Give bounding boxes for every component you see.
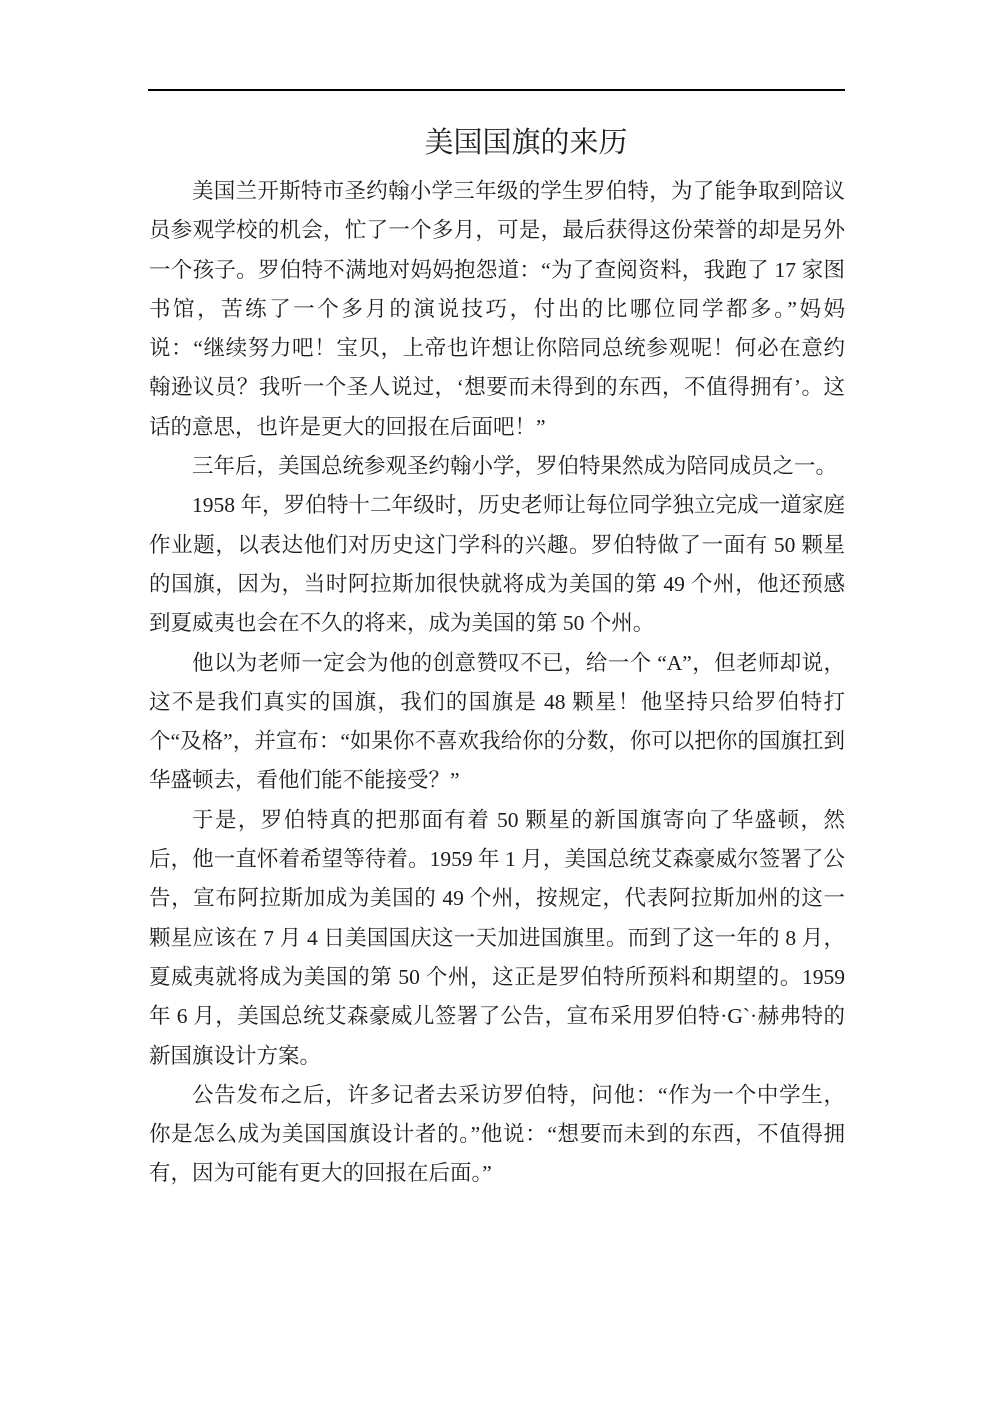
document-page: 美国国旗的来历 美国兰开斯特市圣约翰小学三年级的学生罗伯特，为了能争取到陪议员参…	[0, 0, 993, 1404]
document-body: 美国兰开斯特市圣约翰小学三年级的学生罗伯特，为了能争取到陪议员参观学校的机会，忙…	[149, 166, 845, 1194]
document-content: 美国国旗的来历 美国兰开斯特市圣约翰小学三年级的学生罗伯特，为了能争取到陪议员参…	[149, 90, 845, 1194]
paragraph-1: 美国兰开斯特市圣约翰小学三年级的学生罗伯特，为了能争取到陪议员参观学校的机会，忙…	[149, 172, 845, 447]
paragraph-4: 他以为老师一定会为他的创意赞叹不已，给一个 “A”，但老师却说，这不是我们真实的…	[149, 644, 845, 801]
paragraph-5: 于是，罗伯特真的把那面有着 50 颗星的新国旗寄向了华盛顿，然后，他一直怀着希望…	[149, 801, 845, 1076]
page-title: 美国国旗的来历	[149, 122, 845, 164]
paragraph-2: 三年后，美国总统参观圣约翰小学，罗伯特果然成为陪同成员之一。	[149, 447, 845, 486]
paragraph-3: 1958 年，罗伯特十二年级时，历史老师让每位同学独立完成一道家庭作业题，以表达…	[149, 486, 845, 643]
paragraph-6: 公告发布之后，许多记者去采访罗伯特，问他：“作为一个中学生，你是怎么成为美国国旗…	[149, 1076, 845, 1194]
